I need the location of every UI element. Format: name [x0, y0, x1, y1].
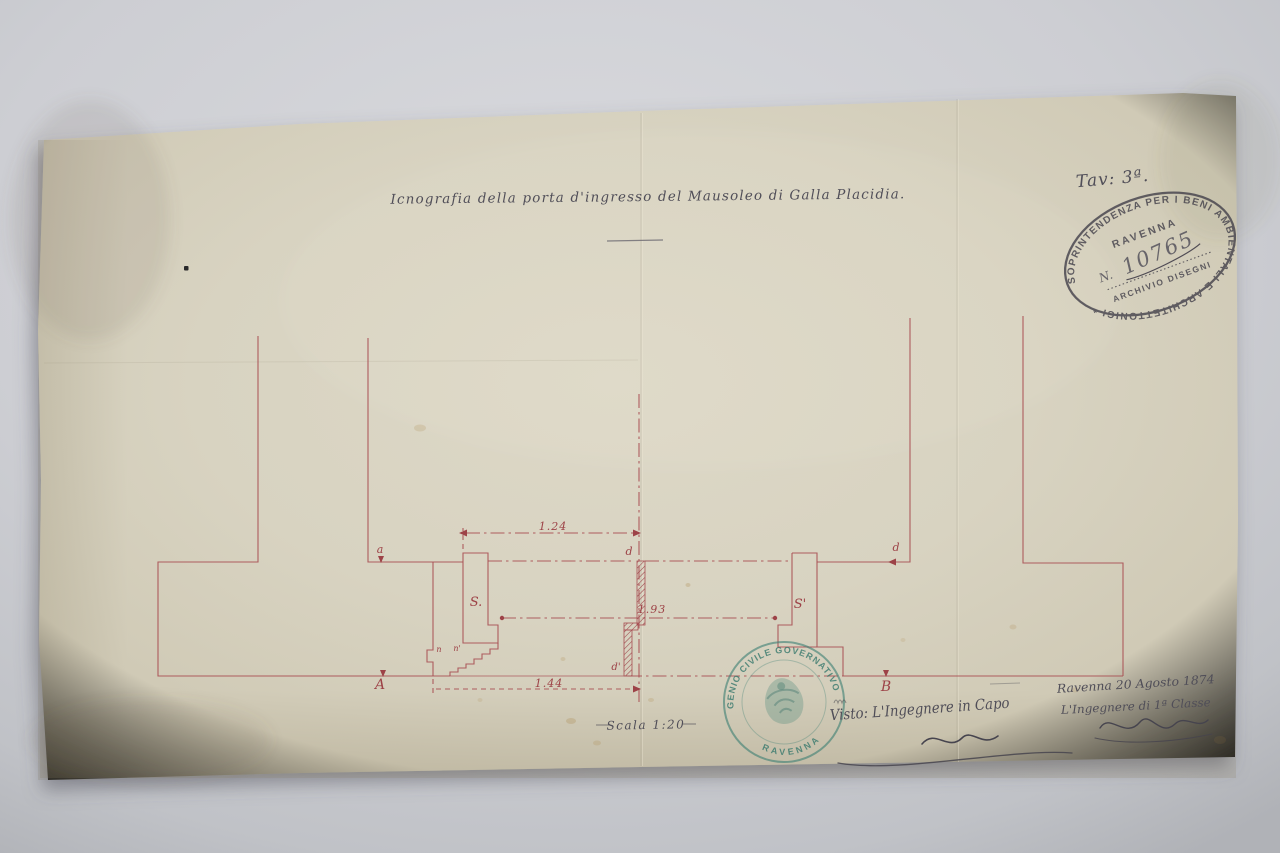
scale-label: Scala 1:20	[606, 717, 685, 732]
label-n-prime: n'	[453, 644, 460, 653]
label-section-b: B	[880, 679, 891, 695]
scale-note: Scala 1:20	[596, 717, 696, 732]
photographed-archival-drawing: Icnografia della porta d'ingresso del Ma…	[0, 0, 1280, 853]
label-a: a	[377, 543, 384, 556]
label-section-a: A	[373, 677, 385, 693]
ink-speck	[184, 266, 189, 271]
label-d-right: d	[892, 541, 899, 554]
dim-inner-width: 1.93	[638, 603, 667, 616]
label-d-prime: d'	[611, 662, 620, 673]
dim-outer-width: 1.44	[535, 677, 564, 690]
label-pier-right: S'	[794, 597, 806, 612]
label-pier-left: S.	[470, 595, 483, 610]
label-n: n	[436, 645, 441, 654]
dim-opening-width: 1.24	[539, 520, 568, 533]
label-d-center: d	[625, 545, 632, 558]
